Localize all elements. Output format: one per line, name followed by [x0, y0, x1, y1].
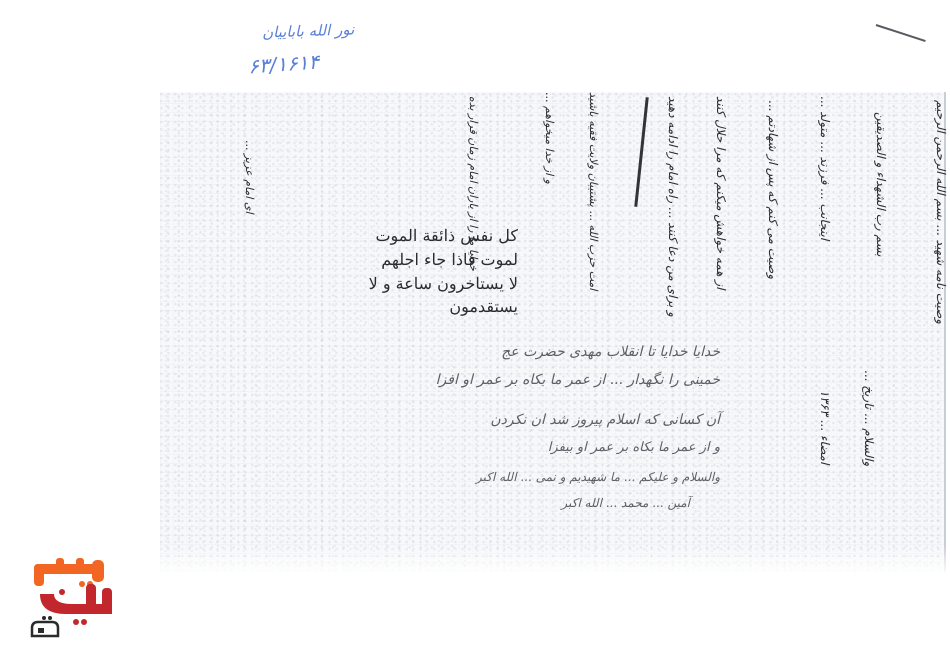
margin-line: وصیت نامه شهید ... بسم الله الرحمن الرحی…	[934, 100, 948, 324]
archive-number-note: ۶۳/۱۶۱۴	[247, 50, 320, 79]
margin-line: امت حزب الله ... پشتیبان ولایت فقیه باشی…	[587, 92, 600, 290]
margin-line: بسم رب الشهداء و الصدیقین	[874, 112, 888, 257]
body-line: و از عمر ما بکاه بر عمر او بیفزا	[360, 440, 720, 455]
margin-line: ای امام عزیز ...	[243, 140, 256, 214]
quran-verse-line: یستقدمون	[298, 297, 518, 316]
logo-qom-wordmark	[32, 616, 58, 636]
pen-stroke-mark	[876, 24, 926, 42]
body-line: والسلام و علیکم ... ما شهیدیم و نمی ... …	[165, 470, 720, 484]
quran-verse-line: لا یستاخرون ساعة و لا	[298, 274, 518, 293]
margin-line: و برای من دعا کنند ... راه امام را ادامه…	[666, 96, 680, 317]
margin-line: اینجانب ... فرزند ... متولد ...	[818, 96, 832, 240]
signature-line: امضاء ... ۱۳۶۳	[818, 390, 832, 464]
shahed-navid-qom-logo	[26, 558, 114, 642]
margin-line: وصیت می کنم که پس از شهادتم ...	[766, 100, 780, 279]
logo-shahed-wordmark	[34, 558, 104, 587]
archive-name-note: نور الله باباییان	[262, 20, 355, 41]
body-line: خدایا خدایا تا انقلاب مهدی حضرت عج	[360, 344, 720, 360]
quran-verse-line: کل نفس ذائقة الموت	[298, 226, 518, 245]
margin-line: و از خدا میخواهم ...	[543, 92, 556, 184]
body-line: خمینی را نگهدار ... از عمر ما بکاه بر عم…	[270, 372, 720, 388]
paper-bottom-fade	[160, 545, 946, 575]
signature-line: والسلام ... تاریخ ...	[862, 370, 876, 466]
quran-verse-line: لموت فاذا جاء اجلهم	[298, 250, 518, 269]
body-line: آمین ... محمد ... الله اکبر	[165, 496, 690, 510]
body-line: آن کسانی که اسلام پیروز شد ان نکردن	[340, 412, 720, 428]
margin-line: از همه خواهش میکنم که مرا حلال کنند	[714, 96, 728, 289]
document-page: نور الله باباییان ۶۳/۱۶۱۴ وصیت نامه شهید…	[0, 0, 950, 650]
